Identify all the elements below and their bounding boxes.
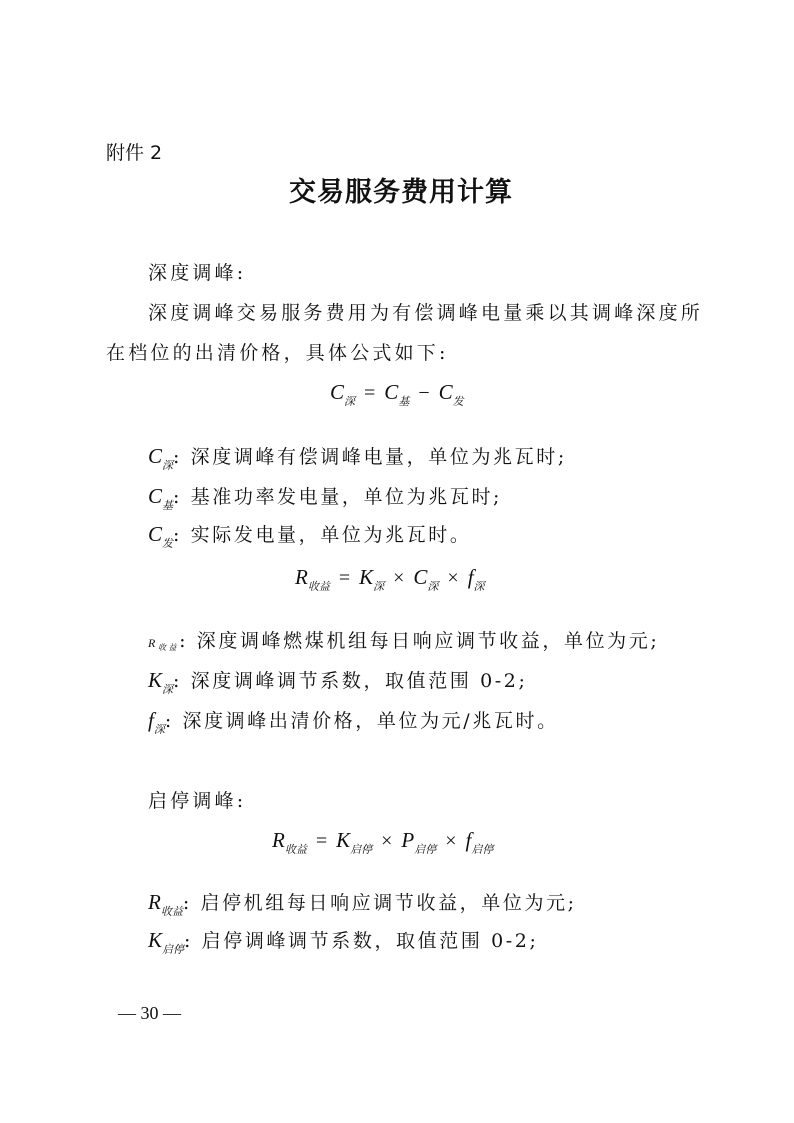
formula-var: K [359, 565, 373, 589]
formula-subscript: 深 [474, 580, 485, 593]
formula-operator: × [443, 567, 462, 589]
formula-subscript: 深 [373, 580, 384, 593]
section-heading-deep-peak: 深度调峰: [148, 258, 246, 285]
formula-var: P [401, 828, 414, 852]
definition-subscript: 深 [162, 683, 173, 696]
definition-f-deep: f深: 深度调峰出清价格，单位为元/兆瓦时。 [148, 706, 559, 737]
definition-text: : 基准功率发电量，单位为兆瓦时; [173, 486, 502, 508]
definition-k-deep: K深: 深度调峰调节系数，取值范围 0-2; [148, 666, 528, 697]
formula-subscript: 启停 [471, 843, 493, 856]
definition-var: C [148, 444, 162, 468]
definition-r-start-stop: R收益: 启停机组每日响应调节收益，单位为元; [148, 888, 577, 919]
formula-subscript: 收益 [308, 580, 330, 593]
attachment-label: 附件 2 [106, 138, 162, 165]
formula-subscript: 深 [427, 580, 438, 593]
formula-subscript: 发 [453, 395, 464, 408]
definition-var: K [148, 668, 162, 692]
definition-var: C [148, 522, 162, 546]
definition-text: : 深度调峰燃煤机组每日响应调节收益，单位为元; [179, 630, 659, 652]
definition-subscript: 深 [154, 723, 165, 736]
formula-var: C [330, 380, 344, 404]
definition-subscript: 深 [162, 459, 173, 472]
definition-c-actual: C发: 实际发电量，单位为兆瓦时。 [148, 520, 471, 551]
definition-r-deep: R收益: 深度调峰燃煤机组每日响应调节收益，单位为元; [148, 626, 659, 653]
formula-subscript: 深 [344, 395, 355, 408]
section-heading-start-stop: 启停调峰: [148, 786, 246, 813]
formula-var: C [413, 565, 427, 589]
definition-c-base: C基: 基准功率发电量，单位为兆瓦时; [148, 482, 502, 513]
definition-subscript: 启停 [162, 943, 184, 956]
definition-subscript: 收益 [158, 643, 179, 652]
formula-var: R [295, 565, 308, 589]
formula-operator: × [441, 830, 460, 852]
formula-operator: = [360, 382, 379, 404]
formula-var: K [336, 828, 350, 852]
formula-var: C [439, 380, 453, 404]
formula-c-deep: C深 = C基 − C发 [330, 380, 464, 409]
formula-subscript: 基 [398, 395, 409, 408]
formula-r-deep: R收益 = K深 × C深 × f深 [295, 565, 485, 594]
definition-text: : 深度调峰调节系数，取值范围 0-2; [173, 670, 527, 692]
definition-var: R [148, 890, 161, 914]
definition-var: C [148, 484, 162, 508]
intro-paragraph-line1: 深度调峰交易服务费用为有偿调峰电量乘以其调峰深度所 [148, 298, 703, 325]
definition-k-start-stop: K启停: 启停调峰调节系数，取值范围 0-2; [148, 926, 539, 957]
definition-var: K [148, 928, 162, 952]
definition-subscript: 基 [162, 499, 173, 512]
definition-text: : 实际发电量，单位为兆瓦时。 [173, 524, 471, 546]
formula-operator: − [414, 382, 433, 404]
formula-operator: × [389, 567, 408, 589]
formula-var: R [272, 828, 285, 852]
definition-subscript: 收益 [161, 905, 183, 918]
definition-subscript: 发 [162, 537, 173, 550]
definition-var: R [148, 636, 158, 650]
formula-operator: = [312, 830, 331, 852]
page-number: — 30 — [118, 1003, 181, 1024]
formula-operator: = [335, 567, 354, 589]
intro-paragraph-line2: 在档位的出清价格，具体公式如下: [106, 338, 449, 365]
formula-subscript: 启停 [414, 843, 436, 856]
definition-c-deep: C深: 深度调峰有偿调峰电量，单位为兆瓦时; [148, 442, 567, 473]
definition-text: : 启停机组每日响应调节收益，单位为元; [183, 892, 577, 914]
page-title: 交易服务费用计算 [0, 170, 794, 209]
definition-text: : 深度调峰出清价格，单位为元/兆瓦时。 [165, 710, 559, 732]
formula-operator: × [377, 830, 396, 852]
definition-text: : 启停调峰调节系数，取值范围 0-2; [184, 930, 538, 952]
formula-r-start-stop: R收益 = K启停 × P启停 × f启停 [272, 828, 493, 857]
formula-subscript: 启停 [350, 843, 372, 856]
formula-subscript: 收益 [285, 843, 307, 856]
formula-var: C [384, 380, 398, 404]
definition-text: : 深度调峰有偿调峰电量，单位为兆瓦时; [173, 446, 567, 468]
